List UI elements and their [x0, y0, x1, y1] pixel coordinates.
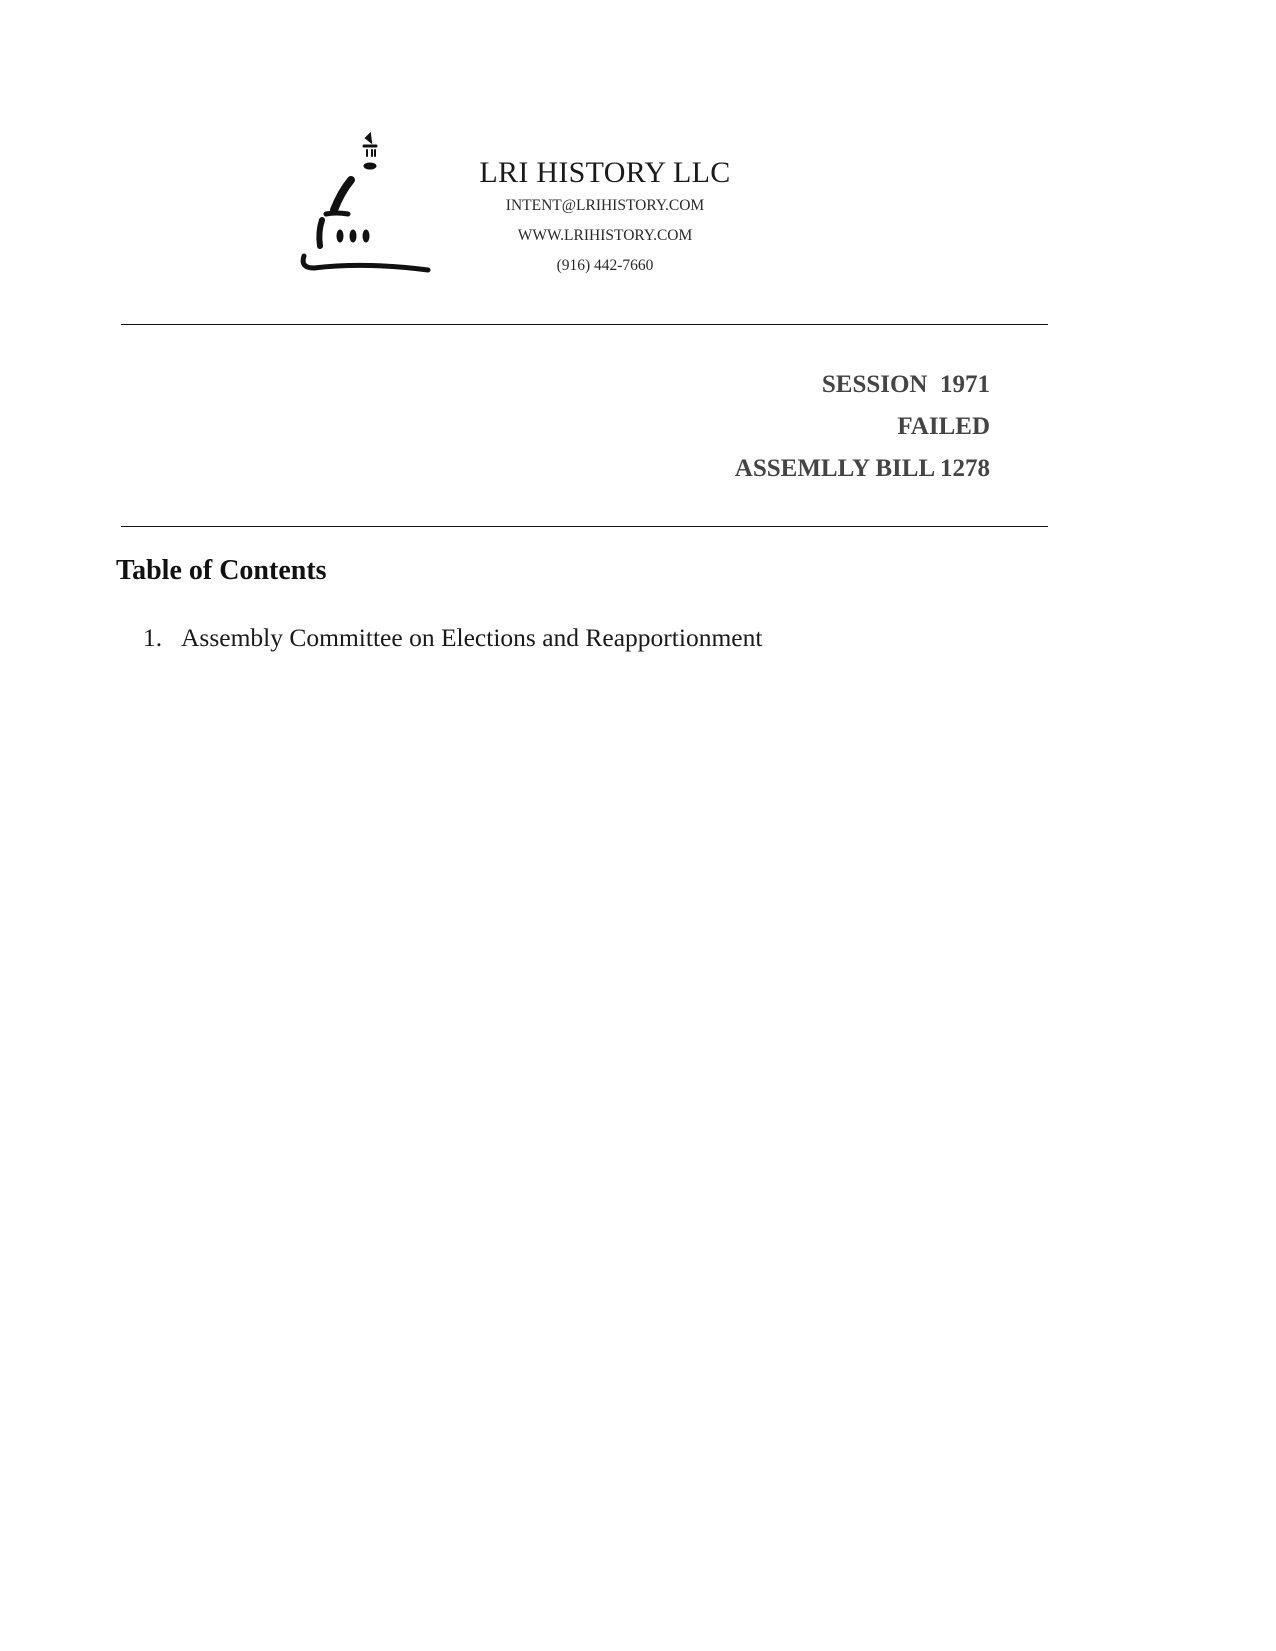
- toc-item[interactable]: 1. Assembly Committee on Elections and R…: [143, 620, 762, 656]
- toc-title: Table of Contents: [116, 555, 327, 587]
- status-label: FAILED: [735, 406, 990, 448]
- company-email: INTENT@LRIHISTORY.COM: [440, 191, 770, 221]
- company-phone: (916) 442-7660: [440, 251, 770, 281]
- divider-bottom: [121, 526, 1048, 527]
- divider-top: [121, 324, 1048, 325]
- toc-item-label[interactable]: Assembly Committee on Elections and Reap…: [181, 620, 762, 656]
- company-website: WWW.LRIHISTORY.COM: [440, 221, 770, 251]
- bill-info: SESSION 1971 FAILED ASSEMLLY BILL 1278: [735, 364, 990, 490]
- company-info: LRI HISTORY LLC INTENT@LRIHISTORY.COM WW…: [440, 155, 770, 281]
- toc-item-number: 1.: [143, 620, 163, 656]
- capitol-dome-icon: [296, 132, 436, 282]
- company-name: LRI HISTORY LLC: [440, 155, 770, 191]
- bill-label: ASSEMLLY BILL 1278: [735, 448, 990, 490]
- session-label: SESSION 1971: [735, 364, 990, 406]
- toc-list: 1. Assembly Committee on Elections and R…: [143, 620, 762, 656]
